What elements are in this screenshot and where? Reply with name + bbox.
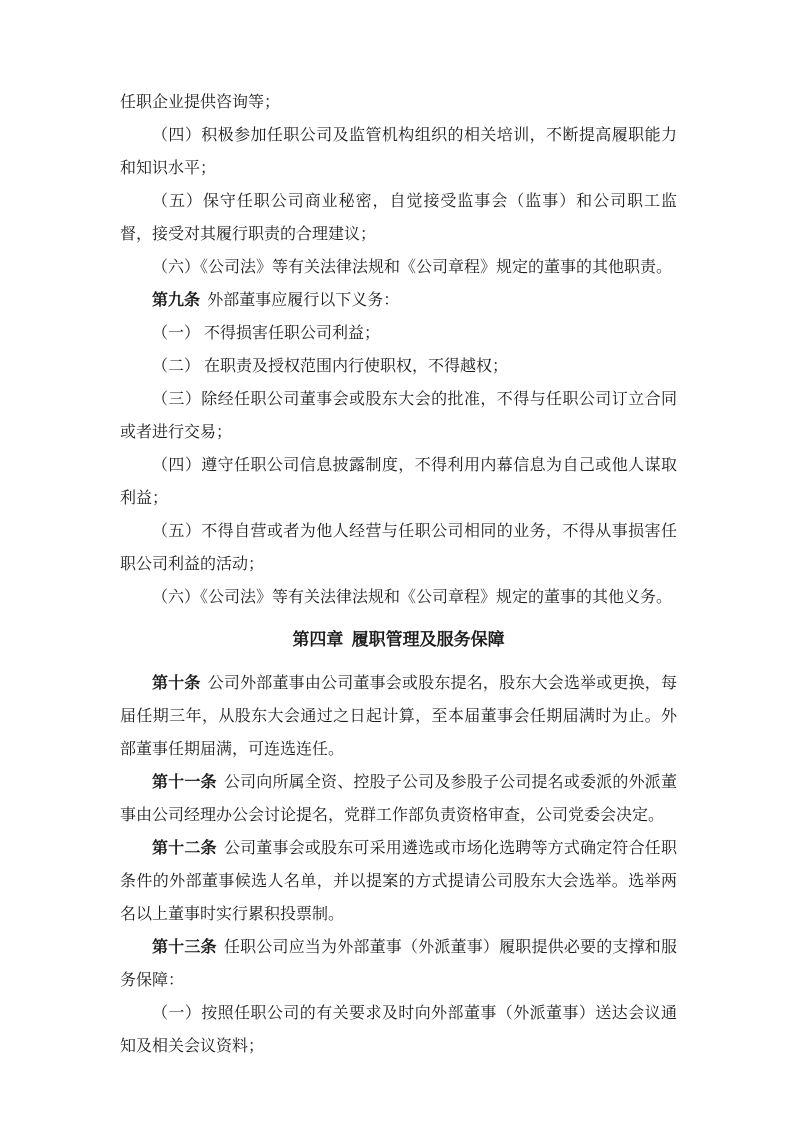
list-item-duty-4: （四）积极参加任职公司及监管机构组织的相关培训，不断提高履职能力和知识水平；	[120, 119, 677, 185]
paragraph-text: （一） 不得损害任职公司利益；	[152, 325, 380, 342]
paragraph-text: 外部董事应履行以下义务：	[207, 292, 399, 309]
article-number: 第九条	[152, 292, 200, 309]
article-number: 第十三条	[152, 939, 217, 956]
list-item-obligation-6: （六）《公司法》等有关法律法规和《公司章程》规定的董事的其他义务。	[120, 581, 677, 614]
article-number: 第十一条	[152, 774, 217, 791]
article-11: 第十一条公司向所属全资、控股子公司及参股子公司提名或委派的外派董事由公司经理办公…	[120, 766, 677, 832]
paragraph-text: （六）《公司法》等有关法律法规和《公司章程》规定的董事的其他义务。	[152, 589, 672, 606]
article-number: 第十条	[152, 675, 201, 692]
list-item-obligation-3: （三）除经任职公司董事会或股东大会的批准，不得与任职公司订立合同或者进行交易；	[120, 383, 677, 449]
article-10: 第十条公司外部董事由公司董事会或股东提名，股东大会选举或更换，每届任期三年，从股…	[120, 667, 677, 766]
article-13: 第十三条任职公司应当为外部董事（外派董事）履职提供必要的支撑和服务保障：	[120, 931, 677, 997]
list-item-obligation-2: （二） 在职责及授权范围内行使职权，不得越权；	[120, 350, 677, 383]
paragraph-text: （三）除经任职公司董事会或股东大会的批准，不得与任职公司订立合同或者进行交易；	[120, 391, 677, 441]
list-item-support-1: （一）按照任职公司的有关要求及时向外部董事（外派董事）送达会议通知及相关会议资料…	[120, 997, 677, 1063]
list-item-obligation-4: （四）遵守任职公司信息披露制度，不得利用内幕信息为自己或他人谋取利益；	[120, 449, 677, 515]
article-number: 第十二条	[152, 840, 217, 857]
paragraph-text: （四）积极参加任职公司及监管机构组织的相关培训，不断提高履职能力和知识水平；	[120, 127, 677, 177]
chapter-heading: 第四章 履职管理及服务保障	[120, 623, 677, 656]
list-item-obligation-5: （五）不得自营或者为他人经营与任职公司相同的业务，不得从事损害任职公司利益的活动…	[120, 515, 677, 581]
document-page: 任职企业提供咨询等； （四）积极参加任职公司及监管机构组织的相关培训，不断提高履…	[0, 0, 793, 1122]
paragraph-text: （五）不得自营或者为他人经营与任职公司相同的业务，不得从事损害任职公司利益的活动…	[120, 523, 677, 573]
list-item-obligation-1: （一） 不得损害任职公司利益；	[120, 317, 677, 350]
paragraph-text: （六）《公司法》等有关法律法规和《公司章程》规定的董事的其他职责。	[152, 259, 672, 276]
paragraph-text: （四）遵守任职公司信息披露制度，不得利用内幕信息为自己或他人谋取利益；	[120, 457, 677, 507]
paragraph-continuation: 任职企业提供咨询等；	[120, 86, 677, 119]
list-item-duty-6: （六）《公司法》等有关法律法规和《公司章程》规定的董事的其他职责。	[120, 251, 677, 284]
list-item-duty-5: （五）保守任职公司商业秘密，自觉接受监事会（监事）和公司职工监督，接受对其履行职…	[120, 185, 677, 251]
paragraph-text: 任职企业提供咨询等；	[120, 94, 280, 111]
paragraph-text: （一）按照任职公司的有关要求及时向外部董事（外派董事）送达会议通知及相关会议资料…	[120, 1005, 677, 1055]
article-12: 第十二条公司董事会或股东可采用遴选或市场化选聘等方式确定符合任职条件的外部董事候…	[120, 832, 677, 931]
paragraph-text: 公司外部董事由公司董事会或股东提名，股东大会选举或更换，每届任期三年，从股东大会…	[120, 675, 677, 758]
paragraph-text: （五）保守任职公司商业秘密，自觉接受监事会（监事）和公司职工监督，接受对其履行职…	[120, 193, 677, 243]
article-9: 第九条外部董事应履行以下义务：	[120, 284, 677, 317]
paragraph-text: （二） 在职责及授权范围内行使职权，不得越权；	[152, 358, 508, 375]
